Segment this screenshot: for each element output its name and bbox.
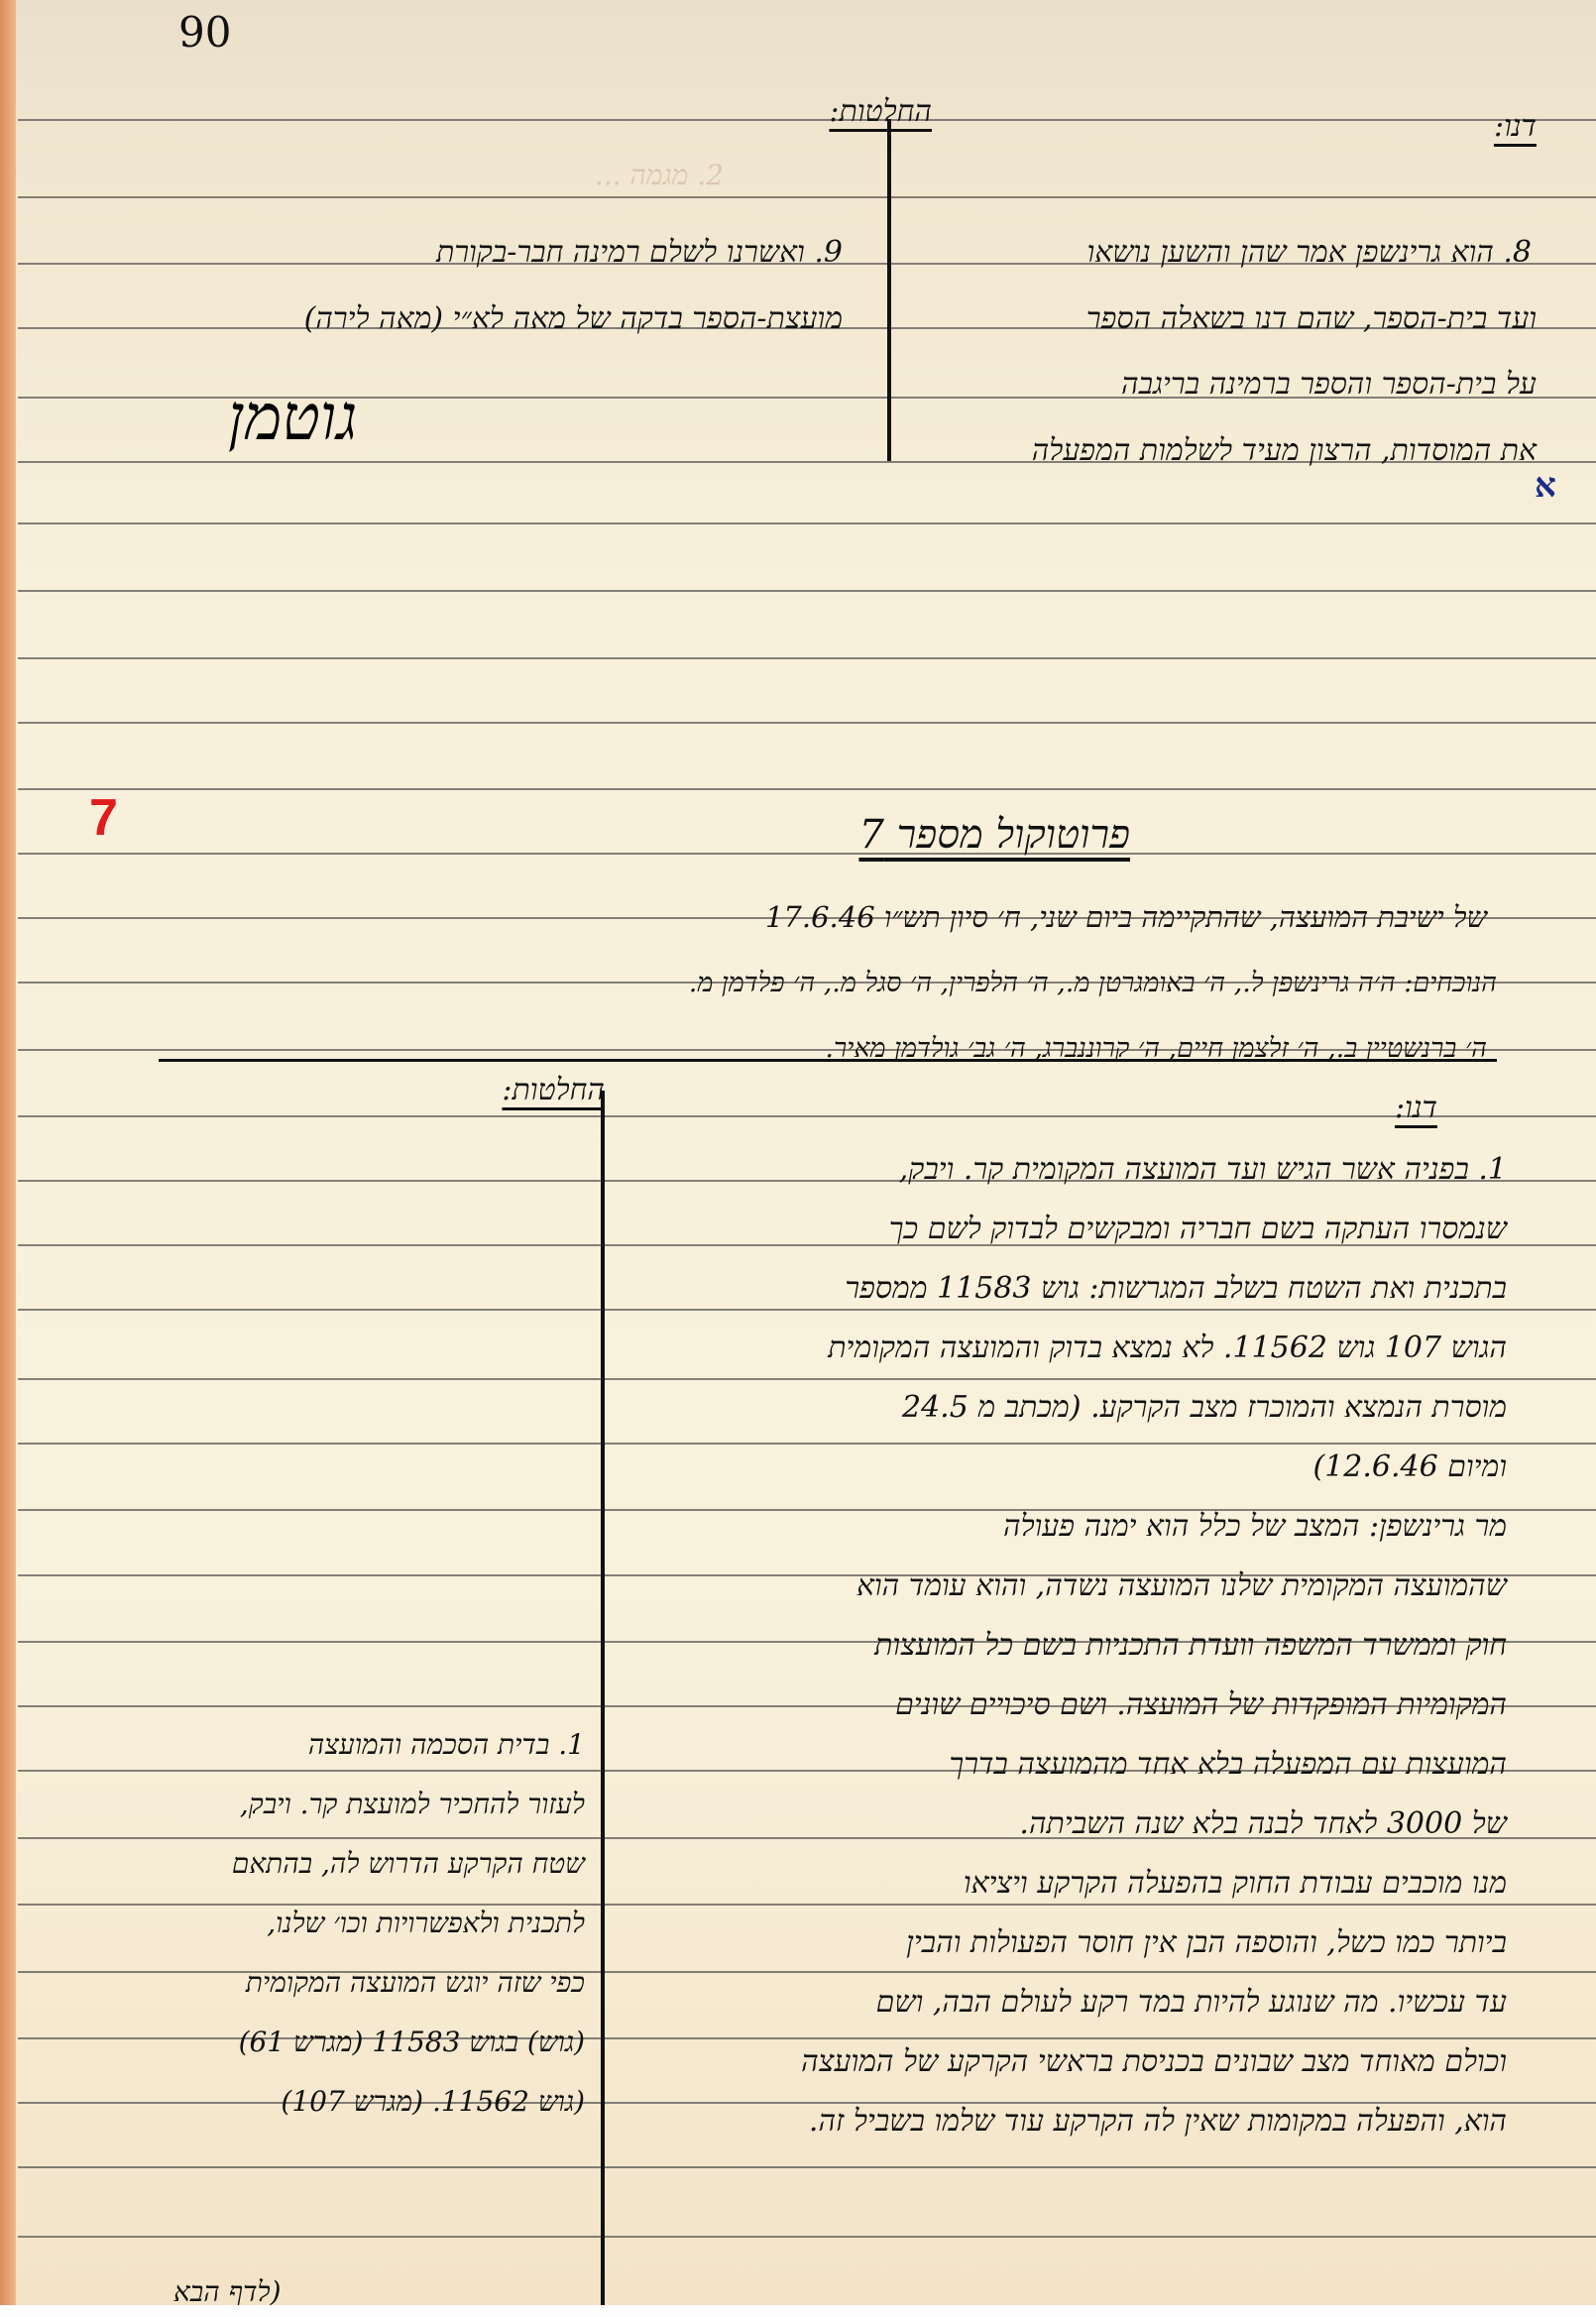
opening-line: של ישיבת המועצה, שהתקיימה ביום שני, ח׳ ס… bbox=[765, 887, 1487, 947]
list-item: עד עכשיו. מה שנוגע להיות במד רקע לעולם ה… bbox=[615, 1973, 1507, 2032]
bottom-fragment: (לדף הבא bbox=[173, 2275, 282, 2309]
list-item: 9. ואשרנו לשלם רמינה חבר-בקורת bbox=[436, 223, 843, 283]
list-item: של 3000 לאחד לבנה בלא שנה השביתה. bbox=[615, 1795, 1507, 1854]
list-item: ומיום 12.6.46) bbox=[615, 1438, 1507, 1497]
present-line-2: ה׳ ברנשטיין ב., ה׳ זלצמן חיים, ה׳ קרוננב… bbox=[825, 1019, 1487, 1079]
list-item: ועד בית-הספר, שהם דנו בשאלה הספר bbox=[1086, 290, 1537, 349]
notebook-page: 90 החלטות: דנו: 2. מגמה ... 8. הוא גרינש… bbox=[0, 0, 1596, 2305]
list-item: על בית-הספר והספר ברמינה בריגבה bbox=[1121, 355, 1537, 414]
list-item: שטח הקרקע הדרוש לה, בהתאם bbox=[59, 1834, 585, 1894]
list-item: מר גרינשפן: המצב של כלל הוא ימנה פעולה bbox=[615, 1497, 1507, 1557]
discussed-list: 1. בפניה אשר הגיש ועד המועצה המקומית קר.… bbox=[615, 1140, 1507, 2151]
discussed-header-prev: דנו: bbox=[1494, 109, 1537, 144]
list-item: שנמסרו העתקה בשם חבריה ומבקשים לבדוק לשם… bbox=[615, 1200, 1507, 1259]
list-item: חוק וממשרד המשפה וועדת התכניות בשם כל המ… bbox=[615, 1616, 1507, 1676]
page-number: 90 bbox=[178, 8, 231, 57]
discussed-header: דנו: bbox=[1395, 1091, 1437, 1125]
present-line-1: הנוכחים: ה׳ה גרינשפן ל., ה׳ באומגרטן מ.,… bbox=[689, 954, 1497, 1013]
red-section-number: 7 bbox=[89, 788, 118, 848]
list-item: הגוש 107 גוש 11562. לא נמצא בדוק והמועצה… bbox=[615, 1319, 1507, 1378]
decisions-header-prev: החלטות: bbox=[829, 94, 932, 129]
list-item: לתכנית ולאפשרויות וכו׳ שלנו, bbox=[59, 1894, 585, 1953]
header-underline bbox=[159, 1059, 1497, 1062]
column-divider-main bbox=[601, 1091, 605, 2315]
list-item: 8. הוא גרינשפן אמר שהן והשען נושאו bbox=[1087, 223, 1532, 283]
list-item: מוסרת הנמצא והמוכרז מצב הקרקע. (מכתב מ 2… bbox=[615, 1378, 1507, 1438]
list-item: (גוש) בגוש 11583 (מגרש 61) bbox=[59, 2013, 585, 2072]
decisions-header: החלטות: bbox=[502, 1073, 605, 1107]
signature: גוטמן bbox=[228, 382, 357, 455]
list-item: הוא, והפעלה במקומות שאין לה הקרקע עוד של… bbox=[615, 2092, 1507, 2151]
list-item: את המוסדות, הרצון מעיד לשלמות המפעלה bbox=[1032, 421, 1537, 481]
list-item: בתכנית ואת השטח בשלב המגרשות: גוש 11583 … bbox=[615, 1259, 1507, 1319]
blue-ink-mark: א bbox=[1535, 466, 1556, 506]
list-item: כפי שזה יוגש המועצה המקומית bbox=[59, 1953, 585, 2013]
list-item: שהמועצה המקומית שלנו המועצה נשדה, והוא ע… bbox=[615, 1557, 1507, 1616]
list-item: וכולם מאוחד מצב שבונים בכניסת בראשי הקרק… bbox=[615, 2032, 1507, 2092]
list-item: לעזור להחכיר למועצת קר. ויבק, bbox=[59, 1775, 585, 1834]
scan-bottom-border bbox=[0, 2305, 1596, 2317]
list-item: ביותר כמו כשל, והוספה הבן אין חוסר הפעול… bbox=[615, 1913, 1507, 1973]
page-margin-edge bbox=[0, 0, 16, 2305]
list-item: 1. בדית הסכמה והמועצה bbox=[59, 1715, 585, 1775]
protocol-title: פרוטוקול מספר 7 bbox=[858, 811, 1130, 858]
list-item: המקומיות המופקדות של המועצה. ושם סיכויים… bbox=[615, 1676, 1507, 1735]
faint-bleed-text: 2. מגמה ... bbox=[595, 159, 724, 192]
column-divider-top bbox=[887, 119, 891, 461]
list-item: (גוש 11562. (מגרש 107) bbox=[59, 2072, 585, 2132]
list-item: 1. בפניה אשר הגיש ועד המועצה המקומית קר.… bbox=[615, 1140, 1507, 1200]
decision-list: 1. בדית הסכמה והמועצה לעזור להחכיר למועצ… bbox=[59, 1715, 585, 2132]
list-item: מנו מוכבים עבודת החוק בהפעלה הקרקע ויציא… bbox=[615, 1854, 1507, 1913]
list-item: מועצת-הספר בדקה של מאה לא״י (מאה לירה) bbox=[304, 290, 843, 349]
list-item: המועצות עם המפעלה בלא אחד מהמועצה בדרך bbox=[615, 1735, 1507, 1795]
